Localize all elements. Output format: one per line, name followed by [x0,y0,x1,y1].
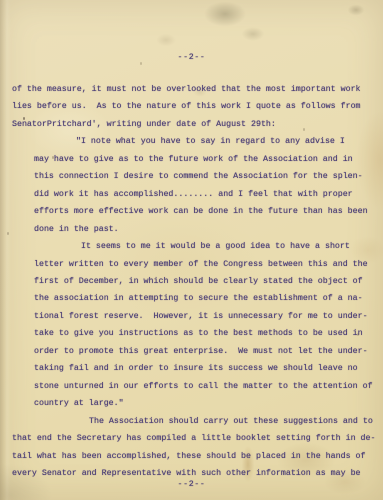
text-line: lies before us. As to the nature of this… [12,98,377,115]
document-page: --2-- of the measure, it must not be ove… [0,0,383,500]
text-line: country at large." [34,395,377,412]
text-line: efforts more effective work can be done … [34,203,377,220]
text-line: "I note what you have to say in regard t… [76,133,377,150]
text-line: The Association should carry out these s… [89,413,377,430]
text-line: done in the past. [34,221,377,238]
text-line: SenatorPritchard', writing under date of… [12,116,377,133]
text-line: take to give you instructions as to the … [34,325,377,342]
text-line: stone unturned in our efforts to call th… [34,378,377,395]
text-line: taking fail and in order to insure its s… [34,360,377,377]
text-line: the association in attempting to secure … [34,290,377,307]
text-line: of the measure, it must not be overlooke… [12,81,377,98]
text-line: tional forest reserve. However, it is un… [34,308,377,325]
text-line: order to promote this great enterprise. … [34,343,377,360]
page-number-top: --2-- [0,53,383,62]
text-line: that end the Secretary has compiled a li… [12,430,377,447]
text-line: first of December, in which should be cl… [34,273,377,290]
document-body: of the measure, it must not be overlooke… [12,81,377,482]
text-line: did work it has accomplished........ and… [34,186,377,203]
page-number-bottom: --2-- [0,480,383,489]
text-line: letter written to every member of the Co… [34,256,377,273]
text-line: tail what has been accomplished, these s… [12,448,377,465]
text-line: may have to give as to the future work o… [34,151,377,168]
text-line: It seems to me it would be a good idea t… [81,238,377,255]
text-line: this connection I desire to commend the … [34,168,377,185]
